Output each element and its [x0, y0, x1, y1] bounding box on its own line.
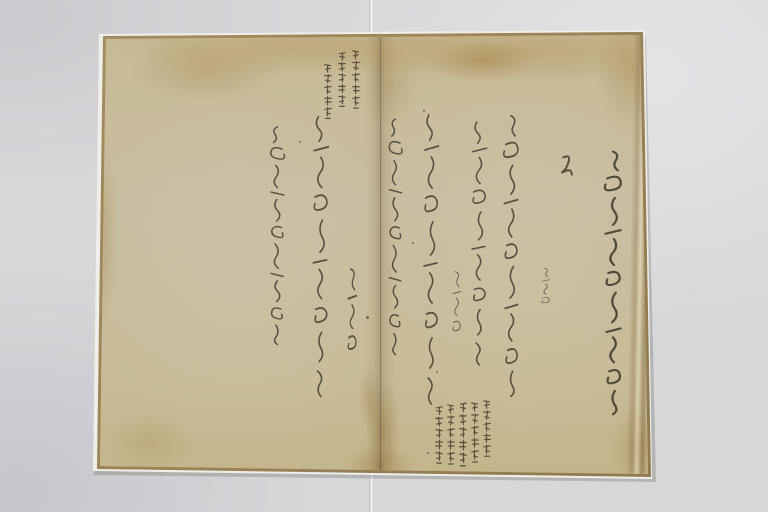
annotation-column-3: 亥とし: [322, 62, 334, 92]
brush-stroke-art: [305, 112, 335, 402]
annotation-column-2: 仲実公詠抄: [336, 50, 348, 110]
poem3-line1-column: なふることひまつとえあかされて: [305, 112, 335, 402]
brush-stroke-art: [445, 402, 457, 468]
brush-stroke-art: [496, 112, 526, 398]
brush-stroke-art: [382, 116, 409, 356]
poem2-line1-column: としくれねとこゝろはいそかましか: [416, 110, 445, 410]
brush-stroke-art: [322, 62, 334, 92]
photograph-of-manuscript: 歳暮のこゝろをよませたまひき れ 三宮 いまはとてくれゆくとしををしむにて みを…: [0, 0, 768, 512]
note-column-2: 外記肥後守: [469, 400, 481, 466]
brush-stroke-art: [596, 148, 630, 416]
note-column-3: 正五位下大弼: [457, 400, 469, 470]
poem2-line2-column: わかみのうつゝけふもさわかは: [382, 116, 409, 356]
ink-speck: [412, 242, 414, 244]
heading-column: 歳暮のこゝろをよませたまひき: [596, 148, 630, 416]
heading-mark-column: れ: [559, 153, 575, 179]
brush-stroke-art: [263, 124, 292, 346]
ink-speck: [423, 110, 425, 112]
note-column-5: 清人金頼弟: [433, 404, 445, 467]
poem3-line2-column: こゝろをけふくなわにけり: [263, 124, 292, 346]
note-column-4: 守従三位下: [445, 402, 457, 468]
ink-speck: [427, 452, 429, 454]
poem1-line1-column: いまはとてくれゆくとしををしむにて: [496, 112, 526, 398]
note-column-1: 一首文章生: [481, 398, 493, 460]
ink-speck: [366, 316, 369, 319]
ink-speck: [436, 371, 438, 373]
poem2-author-column: 中原安国: [448, 268, 465, 336]
brush-stroke-art: [457, 400, 469, 470]
gutter-crease-line: [380, 37, 381, 475]
ink-speck: [299, 141, 301, 143]
poem1-line2-column: みをそはねけとをいはきにけり: [464, 118, 493, 370]
poem3-author-column: 中納言國信: [343, 264, 361, 356]
brush-stroke-art: [469, 400, 481, 466]
brush-stroke-art: [350, 48, 362, 112]
annotation-column-1: 堀河院百首也: [350, 48, 362, 112]
brush-stroke-art: [433, 404, 445, 467]
brush-stroke-art: [336, 50, 348, 110]
brush-stroke-art: [559, 153, 575, 179]
brush-stroke-art: [343, 264, 361, 356]
brush-stroke-art: [464, 118, 493, 370]
brush-stroke-art: [537, 266, 554, 306]
brush-stroke-art: [416, 110, 445, 410]
brush-stroke-art: [481, 398, 493, 460]
brush-stroke-art: [448, 268, 465, 336]
poem1-author-column: 三宮: [537, 266, 554, 306]
